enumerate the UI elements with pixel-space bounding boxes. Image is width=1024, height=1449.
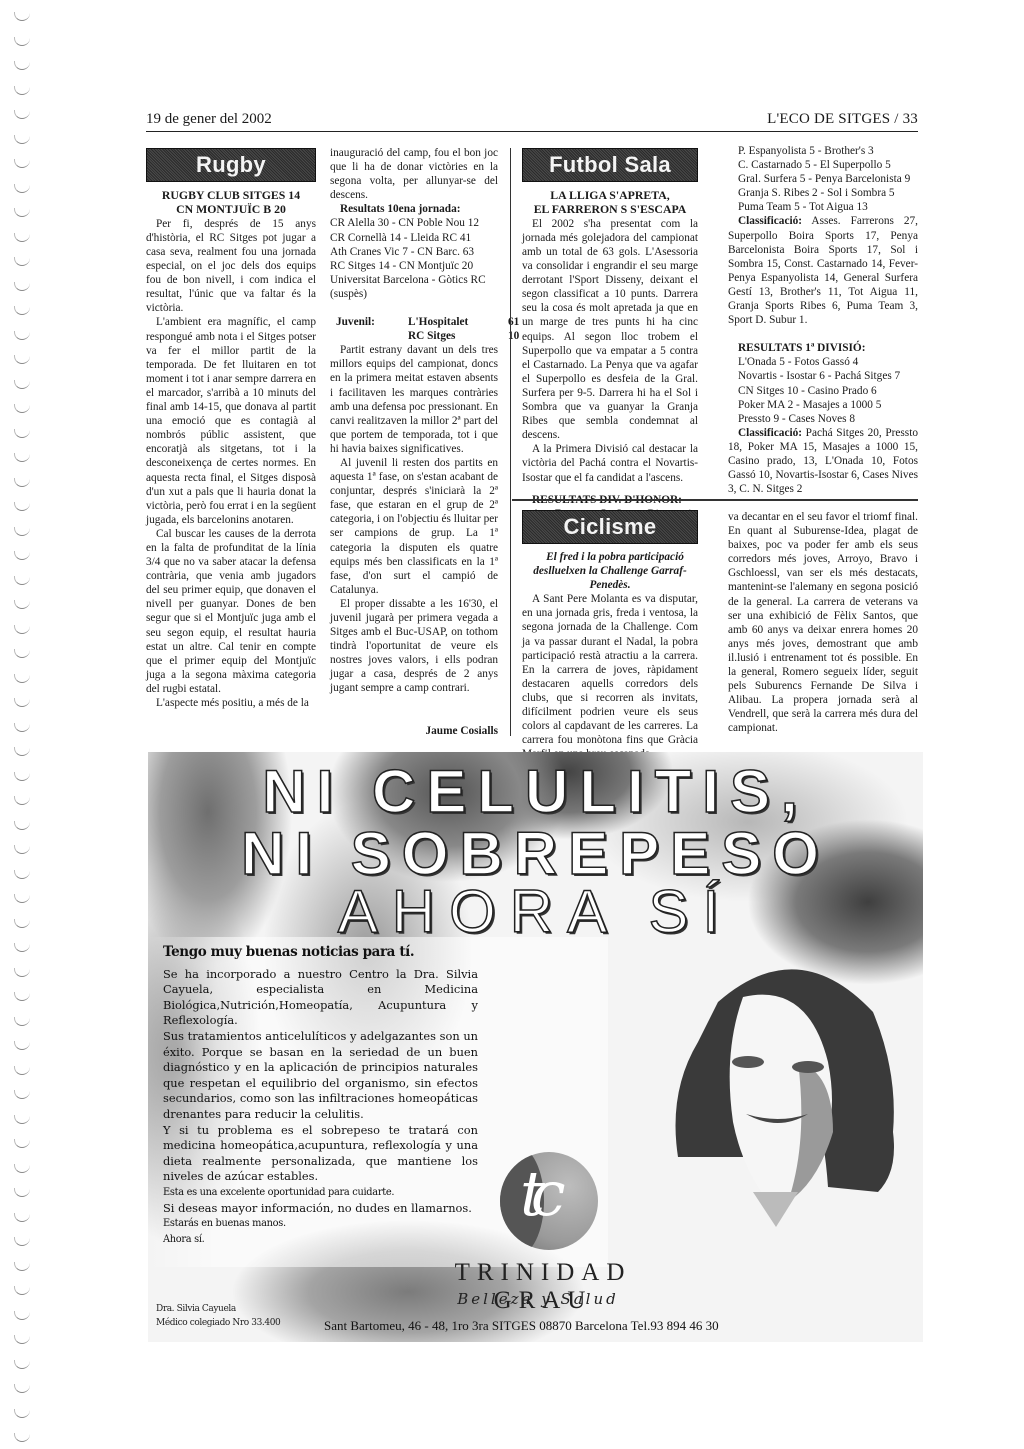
ad-title-line-3: AHORA SÍ [148, 882, 923, 942]
doctor-portrait [648, 942, 923, 1242]
article-paragraph: Al juvenil li resten dos partits en aque… [330, 456, 498, 597]
issue-date: 19 de gener del 2002 [146, 111, 272, 128]
ad-paragraph: Se ha incorporado a nuestro Centro la Dr… [163, 967, 478, 1029]
article-paragraph: inauguració del camp, fou el bon joc que… [330, 146, 498, 202]
contact-address: Sant Bartomeu, 46 - 48, 1ro 3ra SITGES 0… [324, 1318, 719, 1334]
article-paragraph: va decantar en el seu favor el triomf fi… [728, 510, 918, 736]
rugby-headline: RUGBY CLUB SITGES 14 CN MONTJUÏC B 20 [146, 188, 316, 217]
binding-hole [14, 478, 30, 487]
result-line: Ath Cranes Vic 7 - CN Barc. 63 [330, 245, 498, 259]
binding-hole [14, 1188, 30, 1197]
binding-hole [14, 184, 30, 193]
article-paragraph: L'aspecte més positiu, a més de la [146, 696, 316, 710]
article-paragraph: A Sant Pere Molanta es va disputar, en u… [522, 592, 698, 761]
ciclisme-column-2: va decantar en el seu favor el triomf fi… [728, 510, 918, 736]
team-name: L'Hospitalet [408, 315, 508, 329]
binding-hole [14, 1017, 30, 1026]
rugby-column-2: inauguració del camp, fou el bon joc que… [330, 146, 498, 738]
advertisement: NI CELULITIS, NI SOBREPESO AHORA SÍ Teng… [148, 752, 923, 1342]
classification-label: Classificació: [738, 427, 802, 439]
binding-hole [14, 1286, 30, 1295]
ad-title-line-1: NI CELULITIS, [148, 762, 923, 822]
column-divider [510, 148, 511, 736]
binding-hole [14, 723, 30, 732]
binding-hole [14, 257, 30, 266]
result-line: Gral. Surfera 5 - Penya Barcelonista 9 [728, 172, 918, 186]
page-header: 19 de gener del 2002 L'ECO DE SITGES / 3… [146, 112, 918, 132]
binding-hole [14, 649, 30, 658]
headline-line-1: LA LLIGA S'APRETA, [522, 188, 698, 202]
results-title: RESULTATS 1ª DIVISIÓ: [728, 341, 918, 355]
binding-hole [14, 429, 30, 438]
binding-hole [14, 772, 30, 781]
binding-hole [14, 1384, 30, 1393]
result-line: Pressto 9 - Cases Noves 8 [728, 412, 918, 426]
binding-hole [14, 625, 30, 634]
binding-hole [14, 1237, 30, 1246]
binding-hole [14, 1433, 30, 1442]
binding-hole [14, 380, 30, 389]
article-author: Jaume Cosialls [330, 724, 498, 738]
binding-hole [14, 919, 30, 928]
juvenil-label: Juvenil: [336, 315, 408, 329]
ad-paragraph: Ahora sí. [163, 1232, 478, 1248]
ciclisme-column-1: Ciclisme El fred i la pobra participació… [522, 510, 698, 761]
ad-paragraph: Estarás en buenas manos. [163, 1216, 478, 1232]
binding-hole [14, 894, 30, 903]
binding-hole [14, 37, 30, 46]
binding-hole [14, 233, 30, 242]
binding-hole [14, 1311, 30, 1320]
article-paragraph: L'ambient era magnífic, el camp respongu… [146, 315, 316, 526]
article-paragraph: El proper dissabte a les 16'30, el juven… [330, 597, 498, 696]
binding-hole [14, 968, 30, 977]
binding-hole [14, 1139, 30, 1148]
binding-hole [14, 61, 30, 70]
binding-hole [14, 1409, 30, 1418]
classification-text: Asses. Farrerons 27, Superpollo Boira Sp… [728, 215, 918, 326]
binding-hole [14, 1115, 30, 1124]
binding-hole [14, 992, 30, 1001]
result-line: Novartis - Isostar 6 - Pachá Sitges 7 [728, 369, 918, 383]
team-name: RC Sitges [408, 329, 508, 343]
doctor-name: Dra. Silvia Cayuela [156, 1302, 280, 1316]
doctor-registration: Médico colegiado Nro 33.400 [156, 1316, 280, 1330]
binding-hole [14, 698, 30, 707]
rugby-column-1: Rugby RUGBY CLUB SITGES 14 CN MONTJUÏC B… [146, 148, 316, 710]
futbol-sala-headline: LA LLIGA S'APRETA, EL FARRERON S S'ESCAP… [522, 188, 698, 217]
binding-hole [14, 355, 30, 364]
binding-hole [14, 821, 30, 830]
binding-hole [14, 502, 30, 511]
binding-hole [14, 453, 30, 462]
trinidad-grau-logo: tc [500, 1152, 598, 1250]
binding-hole [14, 1090, 30, 1099]
binding-hole [14, 1164, 30, 1173]
binding-hole [14, 551, 30, 560]
result-line: P. Espanyolista 5 - Brother's 3 [728, 144, 918, 158]
article-paragraph: El 2002 s'ha presentat com la jornada mé… [522, 217, 698, 443]
headline-line-1: RUGBY CLUB SITGES 14 [146, 188, 316, 202]
binding-hole [14, 1041, 30, 1050]
binding-hole [14, 110, 30, 119]
section-title: Futbol Sala [549, 158, 671, 172]
classification: Classificació: Pachá Sitges 20, Pressto … [728, 426, 918, 496]
ad-paragraph: Esta es una excelente oportunidad para c… [163, 1185, 478, 1201]
binding-hole [14, 135, 30, 144]
binding-hole [14, 331, 30, 340]
futbol-sala-column: Futbol Sala LA LLIGA S'APRETA, EL FARRER… [522, 148, 698, 521]
result-line: Poker MA 2 - Masajes a 1000 5 [728, 398, 918, 412]
result-line: L'Onada 5 - Fotos Gassó 4 [728, 355, 918, 369]
binding-hole [14, 86, 30, 95]
ad-paragraph: Y si tu problema es el sobrepeso te trat… [163, 1123, 478, 1185]
classification-label: Classificació: [738, 215, 802, 227]
futbol-sala-column-2: P. Espanyolista 5 - Brother's 3 C. Casta… [728, 144, 918, 496]
ad-title-line-2: NI SOBREPESO [148, 824, 923, 884]
result-line: RC Sitges 14 - CN Montjuïc 20 [330, 259, 498, 273]
binding-hole [14, 208, 30, 217]
section-header-futbol-sala: Futbol Sala [522, 148, 698, 182]
ad-lead: Tengo muy buenas noticias para tí. [163, 945, 478, 961]
result-line: CR Cornellà 14 - Lleida RC 41 [330, 231, 498, 245]
binding-holes [14, 0, 38, 1449]
binding-hole [14, 870, 30, 879]
ad-body: Tengo muy buenas noticias para tí. Se ha… [163, 945, 478, 1247]
result-line: CR Alella 30 - CN Poble Nou 12 [330, 216, 498, 230]
section-title: Rugby [196, 158, 266, 172]
article-paragraph: Per fi, després de 15 anys d'història, e… [146, 217, 316, 316]
binding-hole [14, 576, 30, 585]
binding-hole [14, 943, 30, 952]
headline-line-2: CN MONTJUÏC B 20 [146, 202, 316, 216]
section-header-ciclisme: Ciclisme [522, 510, 698, 544]
binding-hole [14, 1213, 30, 1222]
binding-hole [14, 527, 30, 536]
article-paragraph: Partit estrany davant un dels tres millo… [330, 343, 498, 456]
section-title: Ciclisme [564, 520, 657, 534]
brand-tagline: Belleza y Salud [448, 1290, 628, 1308]
result-line: Universitat Barcelona - Gòtics RC (suspè… [330, 273, 498, 301]
binding-hole [14, 12, 30, 21]
binding-hole [14, 1360, 30, 1369]
binding-hole [14, 600, 30, 609]
binding-hole [14, 404, 30, 413]
article-paragraph: Cal buscar les causes de la derrota en l… [146, 527, 316, 696]
binding-hole [14, 747, 30, 756]
ciclisme-subhead: El fred i la pobra participació deslluel… [522, 550, 698, 592]
ad-paragraph: Sus tratamientos anticelulíticos y adelg… [163, 1029, 478, 1123]
result-line: CN Sitges 10 - Casino Prado 6 [728, 384, 918, 398]
article-paragraph: A la Primera Divisió cal destacar la vic… [522, 442, 698, 484]
classification: Classificació: Asses. Farrerons 27, Supe… [728, 214, 918, 327]
binding-hole [14, 282, 30, 291]
result-line: Granja S. Ribes 2 - Sol i Sombra 5 [728, 186, 918, 200]
result-line: C. Castarnado 5 - El Superpollo 5 [728, 158, 918, 172]
binding-hole [14, 674, 30, 683]
binding-hole [14, 1335, 30, 1344]
ad-paragraph: Si deseas mayor información, no dudes en… [163, 1201, 478, 1217]
headline-line-2: EL FARRERON S S'ESCAPA [522, 202, 698, 216]
binding-hole [14, 796, 30, 805]
masthead-page-number: L'ECO DE SITGES / 33 [767, 111, 918, 128]
result-line: Puma Team 5 - Tot Aigua 13 [728, 200, 918, 214]
binding-hole [14, 1262, 30, 1271]
binding-hole [14, 159, 30, 168]
section-divider [512, 499, 918, 501]
binding-hole [14, 306, 30, 315]
section-header-rugby: Rugby [146, 148, 316, 182]
doctor-credentials: Dra. Silvia Cayuela Médico colegiado Nro… [156, 1302, 280, 1330]
juvenil-result: Juvenil: L'Hospitalet 61 RC Sitges 10 [330, 315, 498, 343]
binding-hole [14, 845, 30, 854]
results-title: Resultats 10ena jornada: [330, 202, 498, 216]
binding-hole [14, 1066, 30, 1075]
